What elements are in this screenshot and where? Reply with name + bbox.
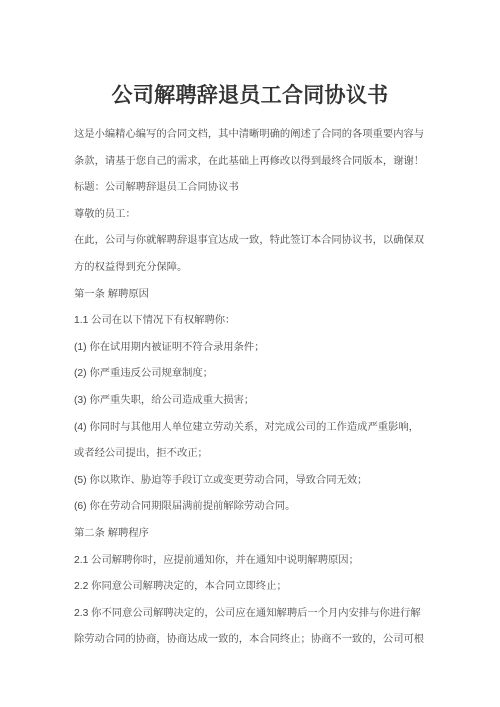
- paragraph: 2.3 你不同意公司解聘决定的，公司应在通知解聘后一个月内安排与你进行解除劳动合…: [74, 601, 426, 654]
- paragraph: 2.2 你同意公司解聘决定的，本合同立即终止；: [74, 574, 426, 601]
- paragraph: 第一条 解聘原因: [74, 282, 426, 309]
- document-body: 这是小编精心编写的合同文档，其中清晰明确的阐述了合同的各项重要内容与条款，请基于…: [74, 122, 426, 654]
- document-page: 公司解聘辞退员工合同协议书 这是小编精心编写的合同文档，其中清晰明确的阐述了合同…: [0, 0, 500, 707]
- paragraph: (2) 你严重违反公司规章制度；: [74, 361, 426, 388]
- paragraph: 1.1 公司在以下情况下有权解聘你：: [74, 308, 426, 335]
- paragraph: 这是小编精心编写的合同文档，其中清晰明确的阐述了合同的各项重要内容与条款，请基于…: [74, 122, 426, 175]
- paragraph: (5) 你以欺诈、胁迫等手段订立或变更劳动合同，导致合同无效；: [74, 468, 426, 495]
- paragraph: (6) 你在劳动合同期限届满前提前解除劳动合同。: [74, 494, 426, 521]
- paragraph: (4) 你同时与其他用人单位建立劳动关系，对完成公司的工作造成严重影响，或者经公…: [74, 415, 426, 468]
- paragraph: 在此，公司与你就解聘辞退事宜达成一致，特此签订本合同协议书，以确保双方的权益得到…: [74, 228, 426, 281]
- paragraph: (3) 你严重失职，给公司造成重大损害；: [74, 388, 426, 415]
- paragraph: (1) 你在试用期内被证明不符合录用条件；: [74, 335, 426, 362]
- document-title: 公司解聘辞退员工合同协议书: [74, 83, 426, 108]
- paragraph: 2.1 公司解聘你时，应提前通知你，并在通知中说明解聘原因；: [74, 548, 426, 575]
- paragraph: 第二条 解聘程序: [74, 521, 426, 548]
- paragraph: 尊敬的员工：: [74, 202, 426, 229]
- paragraph: 标题：公司解聘辞退员工合同协议书: [74, 175, 426, 202]
